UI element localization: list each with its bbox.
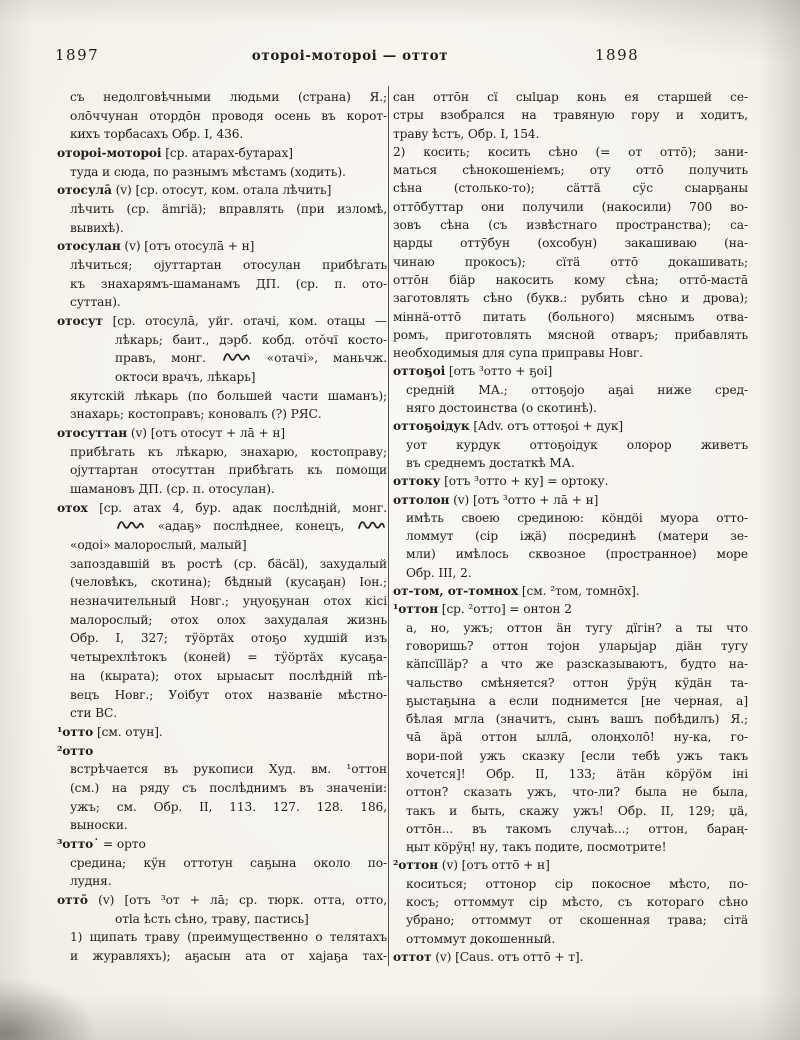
dictionary-line: такъ и быть, скажу ужъ! Обр. II, 129; џä… xyxy=(393,802,748,820)
dictionary-line: къ знахарямъ-шаманамъ ДП. (ср. п. ото- xyxy=(57,275,387,294)
dictionary-line: зовъ сѣна (съ извѣстнаго пространства); … xyxy=(393,216,748,234)
dictionary-line: лѣчиться; оjуттартан отосулан прибѣгать xyxy=(57,256,387,275)
dictionary-line: (см.) на ряду съ послѣднимъ въ значенiи: xyxy=(57,779,387,798)
headword: оттолон xyxy=(393,493,449,507)
dictionary-line: 1) щипать траву (преимущественно о телят… xyxy=(57,928,387,947)
dictionary-line: сѣна (столько-то); сäттä сӱс сыарҕаны xyxy=(393,179,748,197)
dictionary-line: маться сѣнокошенiемъ; оту оттō получить xyxy=(393,161,748,179)
dictionary-line: отla ѣсть сѣно, траву, пастись] xyxy=(57,910,387,929)
headword: отосуттан xyxy=(57,426,127,440)
headword: отосулан xyxy=(57,239,121,253)
dictionary-line: выноски. xyxy=(57,816,387,835)
dictionary-line: оттоммут докошенный. xyxy=(393,930,748,948)
right-column: сан оттōн сï сыlџар конь ея старшей се-с… xyxy=(393,88,748,966)
dictionary-line: кäпсïlläр? а что же разсказываютъ, будто… xyxy=(393,655,748,673)
headword: оттоҕоiдук xyxy=(393,419,470,433)
dictionary-line: говоришь? оттон тоjон уларыjар дiäн тугу xyxy=(393,637,748,655)
dictionary-line: Обр. III, 2. xyxy=(393,564,748,582)
dictionary-line: четырехлѣтокъ (коней) = тӱöртäх кусаҕа- xyxy=(57,648,387,667)
dictionary-line: незначительный Новг.; уңуоҕунан отох кiс… xyxy=(57,592,387,611)
dictionary-line: кихъ торбасахъ Обр. I, 436. xyxy=(57,125,387,144)
dictionary-line: хочется]! Обр. II, 133; äтäн кöрӱöм iнi xyxy=(393,765,748,783)
headword: отосут xyxy=(57,314,103,328)
dictionary-line: прибѣгать къ лѣкарю, знахарю, костоправу… xyxy=(57,443,387,462)
dictionary-line: уот курдук оттоҕоiдук олорор живетъ xyxy=(393,436,748,454)
dictionary-line: косъ; оттоммут сiр мѣсто, съ котораго сѣ… xyxy=(393,893,748,911)
dictionary-line: заготовлять сѣно (букв.: рубить сѣно и д… xyxy=(393,289,748,307)
dictionary-line: сти ВС. xyxy=(57,704,387,723)
dictionary-line: оттōн бiäр накосить кому сѣна; оттō-маст… xyxy=(393,271,748,289)
dictionary-line: шамановъ ДП. (ср. п. отосулан). xyxy=(57,480,387,499)
dictionary-line: суттан). xyxy=(57,293,387,312)
dictionary-line: оттолон (v) [отъ ³отто + лā + н] xyxy=(393,491,748,509)
running-title: отороi-мотороi — оттот xyxy=(252,48,448,64)
dictionary-line: вывихѣ). xyxy=(57,219,387,238)
headword: оттот xyxy=(393,950,431,964)
dictionary-line: запоздавшiй въ ростѣ (ср. бäсäl), захуда… xyxy=(57,555,387,574)
dictionary-line: отосулā (v) [ср. отосут, ком. отала лѣчи… xyxy=(57,181,387,200)
dictionary-line: ¹оттон [ср. ²отто] = онтон 2 xyxy=(393,600,748,618)
dictionary-line: 2) косить; косить сѣно (= от оттō); зани… xyxy=(393,143,748,161)
dictionary-line: оттоку [отъ ³отто + ку] = ортоку. xyxy=(393,472,748,490)
dictionary-line: Обр. I, 327; тӱöртäх отоҕо худшiй изъ xyxy=(57,629,387,648)
page-number-right: 1898 xyxy=(595,46,639,64)
page-number-left: 1897 xyxy=(55,46,99,64)
dictionary-line: ²отто xyxy=(57,742,387,761)
dictionary-line: оттоҕоi [отъ ³отто + ҕоi] xyxy=(393,362,748,380)
dictionary-line: ²оттон (v) [отъ оттō + н] xyxy=(393,856,748,874)
dictionary-line: чинаю прокосъ); сïтä оттō докашивать; xyxy=(393,253,748,271)
dictionary-line: ¹отто [см. отун]. xyxy=(57,723,387,742)
dictionary-line: ромъ, приготовлять мясной отваръ; прибав… xyxy=(393,326,748,344)
dictionary-line: оттот (v) [Caus. отъ оттō + т]. xyxy=(393,948,748,966)
mongolian-script-glyph xyxy=(358,518,385,536)
dictionary-scan-page: 1897 отороi-мотороi — оттот 1898 съ недо… xyxy=(0,0,800,1040)
dictionary-line: чā äрä оттон ыллā, олоңхолō! ну-ка, го- xyxy=(393,728,748,746)
headword: от-том, от-томнох xyxy=(393,584,518,598)
dictionary-line: оттōбуттар они получили (накосили) 700 в… xyxy=(393,198,748,216)
column-divider-rule xyxy=(388,86,389,966)
headword: оттоҕоi xyxy=(393,364,445,378)
dictionary-line: якутскiй лѣкарь (по большей части шаманъ… xyxy=(57,387,387,406)
dictionary-line: малорослый; отох олох захудалая жизнь xyxy=(57,611,387,630)
dictionary-line: ломмут (сiр iҗä) посрединѣ (матери зе- xyxy=(393,527,748,545)
headword: оттō xyxy=(57,893,88,907)
dictionary-line: ҕыстаҕына а если поднимется [не черная, … xyxy=(393,692,748,710)
dictionary-line: правъ, монг. «отачi», маньчж. xyxy=(57,349,387,368)
headword: ²оттон xyxy=(393,858,438,872)
dictionary-line: (человѣкъ, скотина); бѣдный (кусаҕан) Iо… xyxy=(57,573,387,592)
dictionary-line: вецъ Новг.; Уоiбут отох названiе мѣстно- xyxy=(57,686,387,705)
dictionary-line: ужъ; см. Обр. II, 113. 127. 128. 186, xyxy=(57,798,387,817)
dictionary-line: олōччунан отордōн проводя осень въ корот… xyxy=(57,107,387,126)
dictionary-line: и журавляхъ); аҕасын ата от хаjаҕа тах- xyxy=(57,947,387,966)
dictionary-line: сан оттōн сï сыlџар конь ея старшей се- xyxy=(393,88,748,106)
dictionary-line: оттō (v) [отъ ³от + лā; ср. тюрк. отта, … xyxy=(57,891,387,910)
dictionary-line: октоси врачъ, лѣкарь] xyxy=(57,368,387,387)
dictionary-line: убрано; оттоммут от скошенная трава; сiт… xyxy=(393,911,748,929)
dictionary-line: от-том, от-томнох [см. ²том, томнōх]. xyxy=(393,582,748,600)
dictionary-line: отосут [ср. отосулā, уйг. отачi, ком. от… xyxy=(57,312,387,331)
headword: ³отто˙ xyxy=(57,837,99,851)
dictionary-line: встрѣчается въ рукописи Худ. вм. ¹оттон xyxy=(57,760,387,779)
dictionary-line: знахарь; костоправъ; коновалъ (?) РЯС. xyxy=(57,405,387,424)
headword: отороi-мотороi xyxy=(57,146,161,160)
dictionary-line: среднiй МА.; оттоҕоjо аҕаi ниже сред- xyxy=(393,381,748,399)
dictionary-line: на (кырата); отох ырыасыт послѣднiй пѣ- xyxy=(57,667,387,686)
dictionary-line: чальство смѣняется? оттон ӱрӱң кӱдäн та- xyxy=(393,674,748,692)
dictionary-line: бѣлая мгла (значитъ, сынъ вашъ побѣдилъ)… xyxy=(393,710,748,728)
headword: отох xyxy=(57,501,88,515)
dictionary-line: отох [ср. атах 4, бур. адак послѣднiй, м… xyxy=(57,499,387,518)
dictionary-line: траву ѣстъ, Обр. I, 154. xyxy=(393,125,748,143)
left-column: съ недолговѣчными людьми (страна) Я.;олō… xyxy=(57,88,387,966)
dictionary-line: необходимыя для супа приправы Новг. xyxy=(393,344,748,362)
dictionary-line: ңарды оттӯбун (охсобун) закашиваю (на- xyxy=(393,234,748,252)
dictionary-line: «одоi» малорослый, малый] xyxy=(57,536,387,555)
dictionary-line: няго достоинства (о скотинѣ). xyxy=(393,399,748,417)
headword: ¹отто xyxy=(57,725,93,739)
dictionary-line: съ недолговѣчными людьми (страна) Я.; xyxy=(57,88,387,107)
headword: оттоку xyxy=(393,474,440,488)
dictionary-line: мiннä-оттō питать (больного) мяснымъ отв… xyxy=(393,308,748,326)
dictionary-line: лѣкарь; баит., дэрб. кобд. отŏчï косто- xyxy=(57,331,387,350)
dictionary-line: оттōн... въ такомъ случаѣ...; оттон, бар… xyxy=(393,820,748,838)
dictionary-line: въ среднемъ достаткѣ МА. xyxy=(393,454,748,472)
dictionary-line: коситься; оттонор сiр покосное мѣсто, по… xyxy=(393,875,748,893)
dictionary-line: стры взобрался на травяную гору и ходитъ… xyxy=(393,106,748,124)
dictionary-line: имѣть своею срединою: кöндöi муора отто- xyxy=(393,509,748,527)
headword: ²отто xyxy=(57,744,93,758)
dictionary-line: оттон? сказать ужъ, что-ли? была не была… xyxy=(393,783,748,801)
dictionary-line: оттоҕоiдук [Adv. отъ оттоҕоi + дук] xyxy=(393,417,748,435)
dictionary-line: лѣчить (ср. ämгiä); вправлять (при излом… xyxy=(57,200,387,219)
dictionary-line: ңыт кöрӱң! ну, такъ подите, посмотрите! xyxy=(393,838,748,856)
mongolian-script-glyph xyxy=(223,350,250,368)
dictionary-line: отороi-мотороi [ср. атарах-бутарах] xyxy=(57,144,387,163)
dictionary-line: отосулан (v) [отъ отосулā + н] xyxy=(57,237,387,256)
dictionary-line: «адаҕ» послѣднее, конецъ, xyxy=(57,517,387,536)
headword: отосулā xyxy=(57,183,112,197)
dictionary-line: средина; кӱн оттотун саҕына около по- xyxy=(57,854,387,873)
dictionary-line: мли) имѣлось сквозное (пространное) море xyxy=(393,545,748,563)
headword: ¹оттон xyxy=(393,602,438,616)
dictionary-line: отосуттан (v) [отъ отосут + лā + н] xyxy=(57,424,387,443)
dictionary-line: оjуттартан отосуттан прибѣгать къ помощи xyxy=(57,461,387,480)
dictionary-line: туда и сюда, по разнымъ мѣстамъ (ходить)… xyxy=(57,163,387,182)
dictionary-line: вори-пой ужъ сказку [если тебѣ ужъ такъ xyxy=(393,747,748,765)
mongolian-script-glyph xyxy=(117,518,144,536)
dictionary-line: лудня. xyxy=(57,872,387,891)
dictionary-line: ³отто˙ = орто xyxy=(57,835,387,854)
dictionary-line: а, но, ужъ; оттон äн тугу дïгiн? а ты чт… xyxy=(393,619,748,637)
